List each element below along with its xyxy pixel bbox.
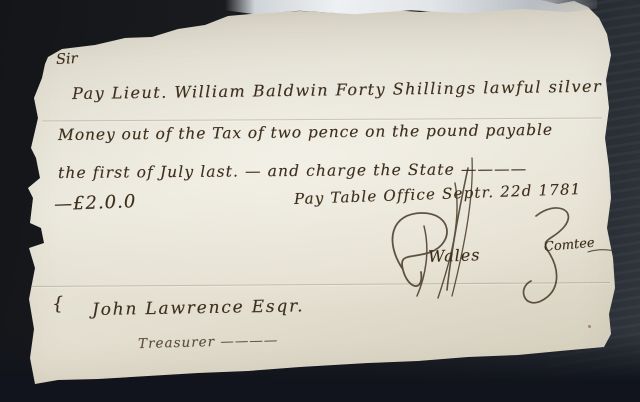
fold-crease xyxy=(32,282,610,287)
signature-comtee: Comtee xyxy=(543,236,595,255)
paper-document: Sir Pay Lieut. William Baldwin Forty Shi… xyxy=(0,0,640,402)
amount: —£2.0.0 xyxy=(54,191,137,215)
body-line-2: Money out of the Tax of two pence on the… xyxy=(58,121,553,144)
salutation: Sir xyxy=(56,51,78,68)
body-line-3: the first of July last. — and charge the… xyxy=(58,160,527,182)
photo-of-historical-document: Sir Pay Lieut. William Baldwin Forty Shi… xyxy=(0,0,640,402)
addressee-title: Treasurer ———— xyxy=(138,332,279,352)
addressee-name: John Lawrence Esqr. xyxy=(92,296,305,320)
dateline: Pay Table Office Septr. 22d 1781 xyxy=(294,180,582,208)
foxing-spot xyxy=(588,325,591,328)
body-line-1: Pay Lieut. William Baldwin Forty Shillin… xyxy=(72,77,602,103)
margin-brace-mark: { xyxy=(51,293,64,315)
signature-wales: Wales xyxy=(428,245,481,266)
